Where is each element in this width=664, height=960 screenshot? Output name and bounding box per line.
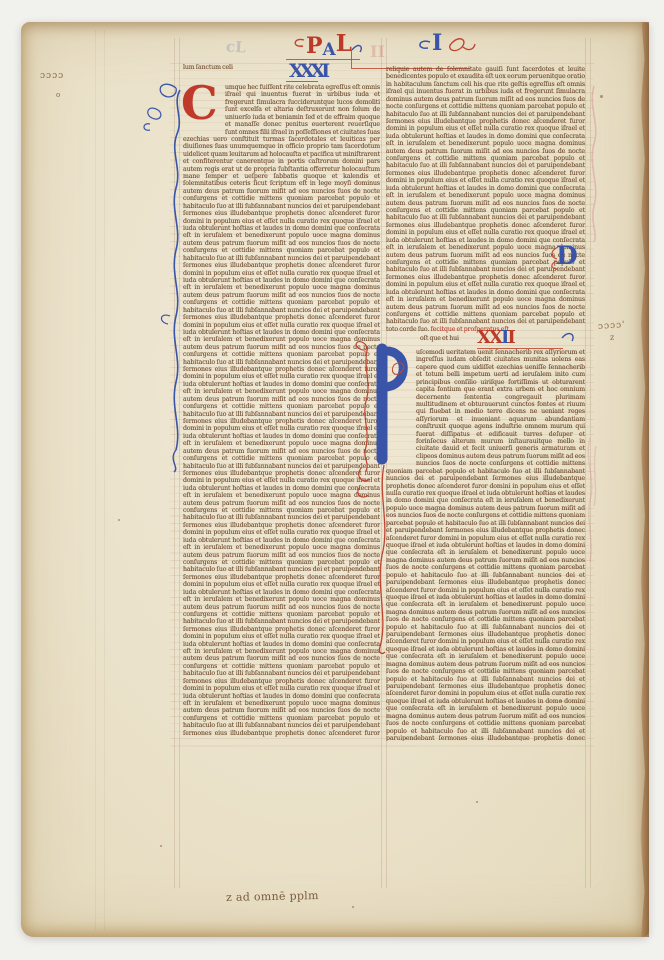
margin-mark-right-sub: z (610, 333, 614, 342)
text-column-right-upper: reliquie autem de ſolemnitate gauiſi ſun… (386, 66, 585, 325)
rubric-line-plain: toto corde ſuo. (386, 326, 429, 333)
header-flourish-icon (414, 38, 432, 52)
letter-p: P (306, 33, 323, 59)
paragraph-initial-d-flourish-icon (548, 245, 560, 271)
stain-speck (352, 906, 354, 908)
letter-i: I (507, 327, 513, 348)
text-column-left: umque hec fuiſſent rite celebrata egreſſ… (183, 84, 380, 737)
fold-line (95, 30, 96, 930)
catchword: z ad omnē pplm (226, 889, 319, 904)
heading-frame-line (286, 81, 318, 82)
deckle-edge-right (639, 22, 649, 937)
margin-ghost-squiggle (582, 436, 600, 566)
margin-mark-right: ɔɔɔɔ' (598, 320, 626, 332)
header-flourish-icon (290, 36, 306, 50)
chapter-heading-31: XXXI (289, 60, 326, 82)
stain-speck (476, 801, 478, 803)
initial-p-flourish-icon (365, 347, 368, 471)
stain-speck (600, 95, 603, 98)
margin-mark-top-left: ɔɔɔɔ (40, 71, 64, 81)
margin-ghost-squiggle (586, 84, 602, 244)
letter-i: I (321, 60, 326, 82)
initial-p-space (386, 349, 416, 466)
heading-flourish-icon (560, 330, 578, 344)
initial-p-tail-icon (379, 465, 385, 653)
left-column-first-line: lum ſanctum celi (183, 64, 233, 71)
right-column-upper-text: reliquie autem de ſolemnitate gauiſi ſun… (386, 66, 585, 325)
header-flourish-icon (447, 34, 477, 54)
header-ghost-offset: II (370, 42, 385, 61)
running-header-left: PAL (306, 30, 352, 57)
heading-frame-line (351, 50, 352, 69)
header-flourish-icon (350, 40, 366, 54)
stain-speck (160, 845, 162, 847)
stain-speck (118, 519, 120, 521)
header-ghost-offset: cL (226, 37, 247, 56)
letter-x: X (477, 327, 489, 348)
initial-c-space (183, 84, 225, 130)
right-column-lower-text: uſcemodi ueritatem uenit ſennacherib rex… (386, 349, 585, 741)
letter-i: I (432, 30, 442, 56)
manuscript-photo: PAL I cL II XXXI lum ſanctum celi C umqu… (0, 0, 664, 960)
letter-a: A (323, 40, 336, 60)
fold-line (104, 30, 105, 930)
text-column-right-lower: uſcemodi ueritatem uenit ſennacherib rex… (386, 349, 585, 741)
chapter-heading-32: XXII (477, 327, 514, 348)
letter-x: X (311, 60, 322, 82)
letter-x: X (489, 327, 501, 348)
letter-x: X (289, 60, 300, 82)
right-column-preheading-line: oſt que et hui (420, 335, 459, 342)
stain-speck (560, 700, 562, 702)
left-column-text: umque hec fuiſſent rite celebrata egreſſ… (183, 84, 380, 737)
letter-x: X (300, 60, 311, 82)
running-header-right: I (432, 30, 442, 56)
heading-frame-line (286, 59, 360, 60)
margin-mark-top-left-sub: o (56, 91, 60, 99)
